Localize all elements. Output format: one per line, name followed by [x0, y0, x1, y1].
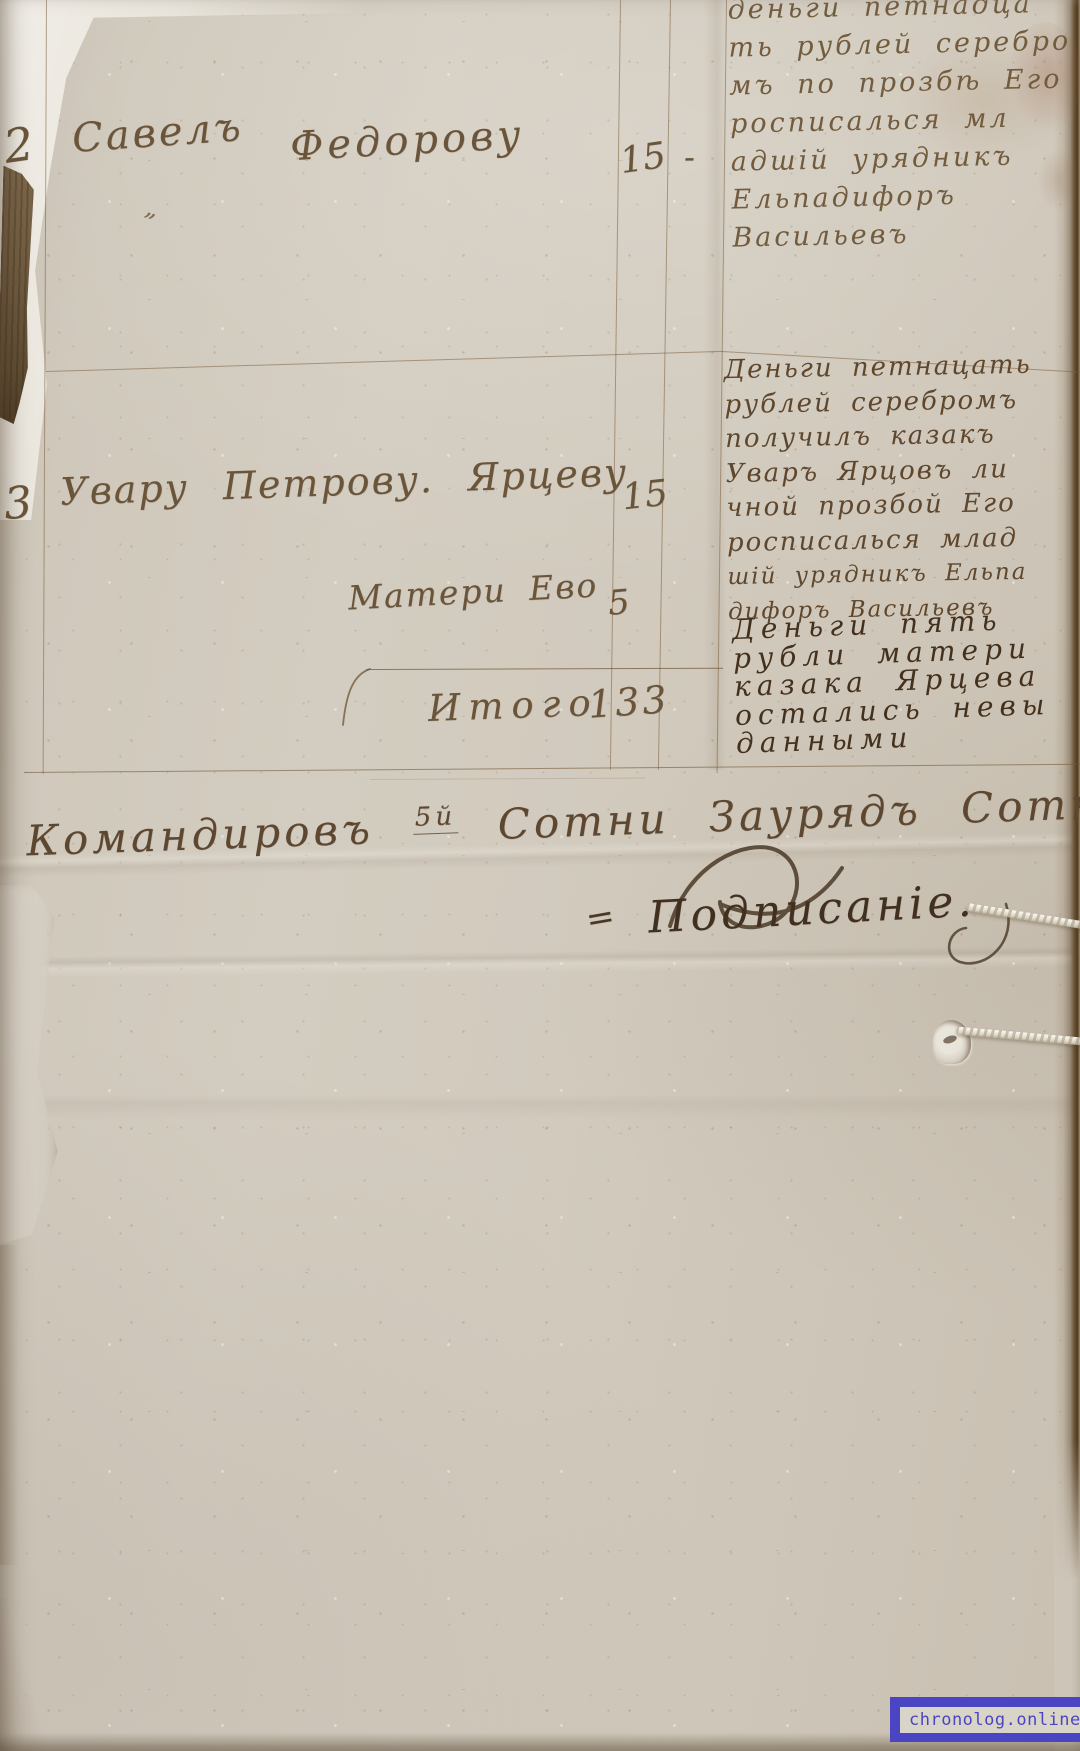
subrow-label: Матери Ево [347, 565, 599, 617]
amount-rubles: 15 [620, 473, 670, 519]
clerk-note-line: Васильевъ [732, 212, 1080, 257]
stray-ink-mark: „ [143, 193, 162, 223]
signature-rank-prefix: Командировъ [26, 804, 375, 865]
clerk-note-row3: Деньги петнацать рублей серебромъ получи… [724, 347, 1080, 629]
clerk-note-line: шій урядникъ Ельпа [727, 554, 1080, 595]
table-rule-vertical-left [43, 0, 48, 774]
table-rule-bottom [24, 764, 1080, 774]
equals-mark: = [583, 896, 618, 940]
signature-sotnia-number: 5й [412, 801, 458, 835]
table-rule-bottom-faint [370, 778, 645, 781]
table-rule-vertical-rubles [610, 0, 621, 770]
watermark-badge: chronolog.online [890, 1697, 1080, 1742]
payee-patronymic: Федорову [289, 112, 526, 170]
clerk-note-row3-second: Деньги пять рубли матери казака Ярцева о… [732, 604, 1080, 758]
payee-first-name: Савелъ [71, 104, 245, 162]
subrow-amount-rubles: 5 [606, 582, 631, 624]
row-number: 3 [2, 477, 34, 530]
total-label: Итого [427, 681, 599, 730]
total-bracket-line [366, 668, 723, 671]
fold-shade-note-column [704, 0, 726, 770]
left-paper-flap [0, 885, 62, 1245]
binding-tab [0, 166, 34, 425]
left-page-edge-lower [0, 1245, 26, 1565]
table-rule-vertical-kopecks [658, 0, 671, 770]
amount-kopecks-dash: - [684, 138, 695, 176]
paper-crease-overlay [0, 0, 1080, 1751]
clerk-note-line: Деньги петнацать [724, 347, 1079, 388]
page-fold-top-left [0, 0, 390, 520]
watermark-text: chronolog.online [900, 1707, 1080, 1733]
page-vignette [0, 0, 1080, 1751]
clerk-note-row2: деньги петнадца ть рублей серебро мъ по … [727, 0, 1080, 258]
table-rule-row-divider-left [46, 351, 723, 372]
signature-line: Командировъ 5й Сотни Заурядъ Сотникъ [26, 776, 1080, 866]
document-page: 2 Савелъ Федорову 15 - „ деньги петнадца… [0, 0, 1080, 1751]
paper-texture [0, 0, 1080, 1751]
binding-edge-top-left [0, 0, 15, 75]
page-corner-bottom-left [0, 1598, 48, 1751]
total-value: 133 [587, 677, 671, 727]
row-number: 2 [0, 116, 37, 174]
amount-rubles: 15 [617, 135, 668, 182]
total-bracket-hook [340, 666, 372, 728]
payee-name: Увару Петрову. Ярцеву [59, 450, 628, 514]
clerk-note-line: мъ по прозбѣ Его [729, 60, 1080, 105]
